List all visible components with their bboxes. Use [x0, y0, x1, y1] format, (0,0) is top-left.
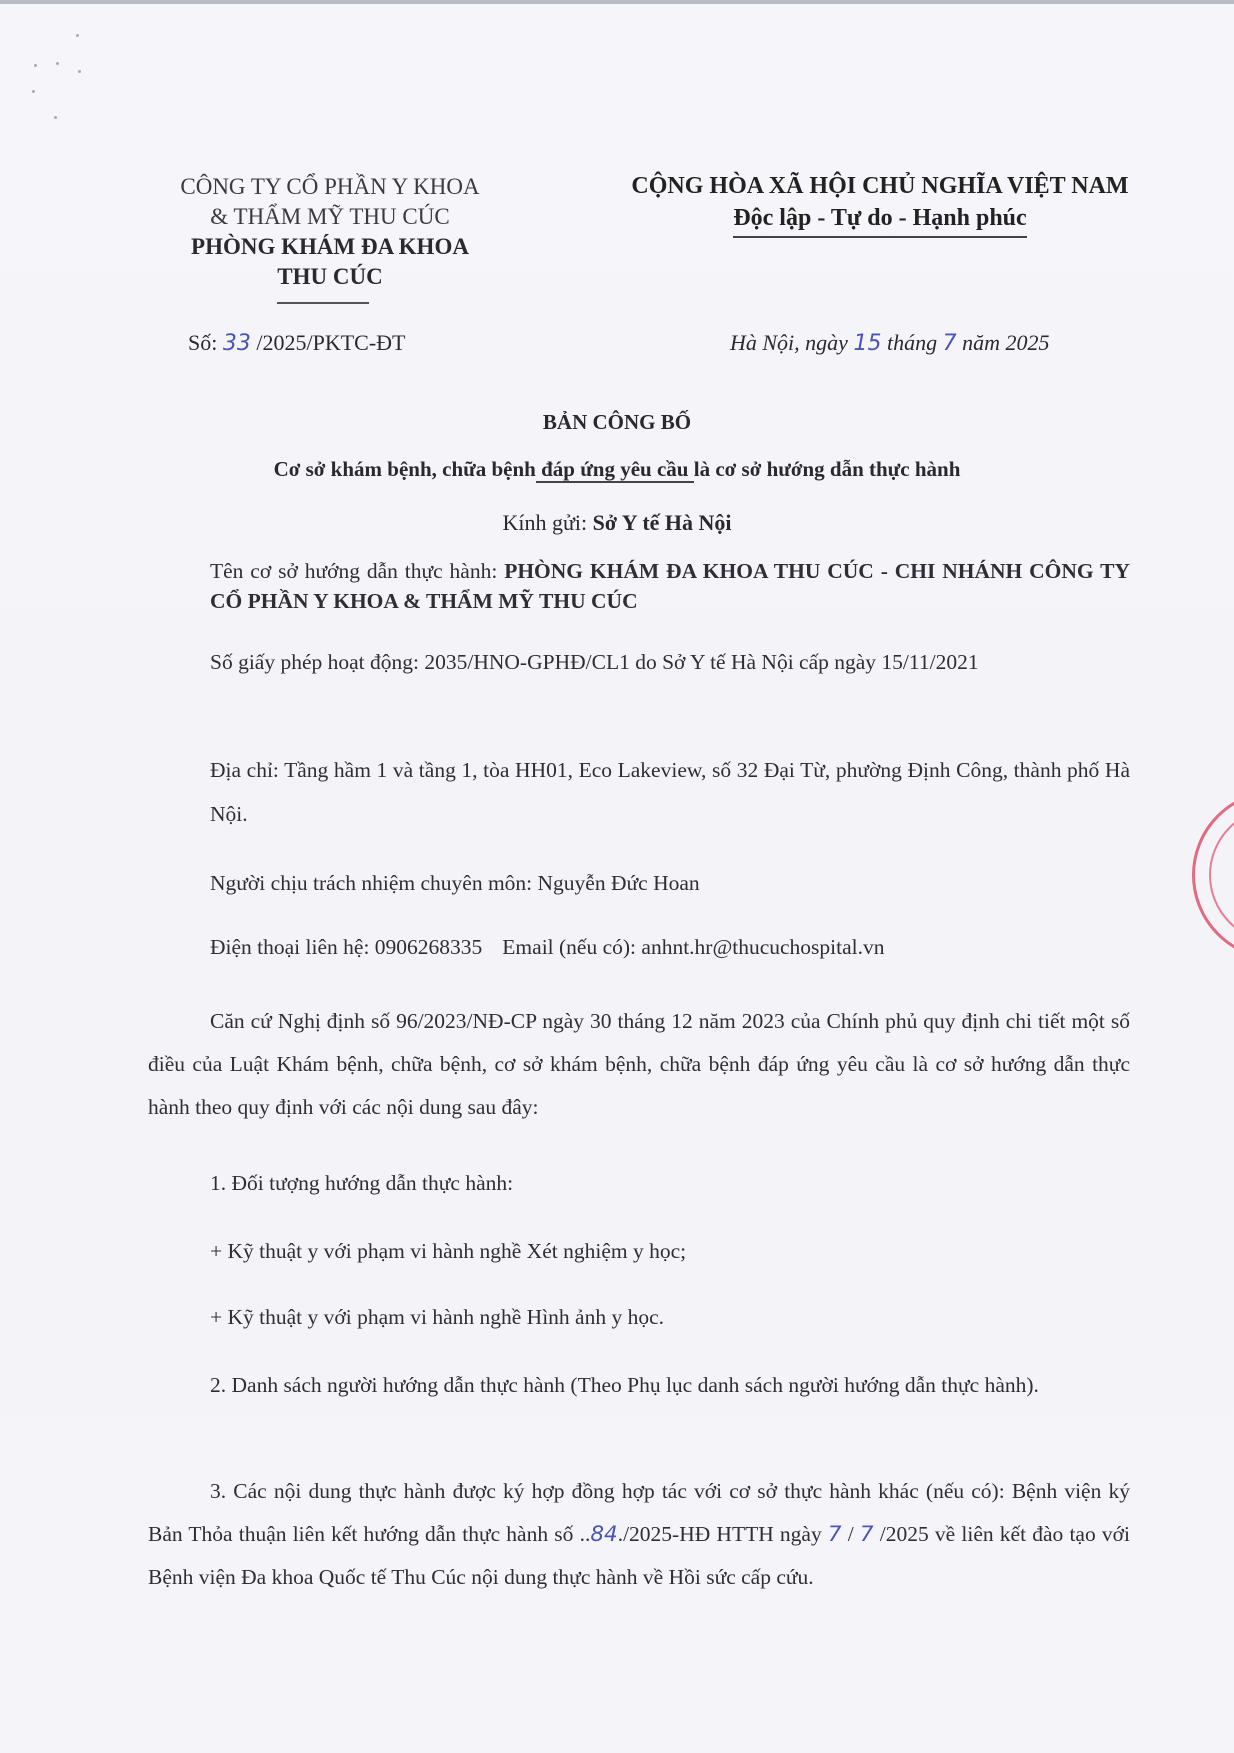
recipient-line: Kính gửi: Sở Y tế Hà Nội — [0, 510, 1234, 536]
document-date: Hà Nội, ngày 15 tháng 7 năm 2025 — [730, 330, 1049, 356]
document-page: CÔNG TY CỔ PHẦN Y KHOA & THẨM MỸ THU CÚC… — [0, 0, 1234, 1753]
recipient-name: Sở Y tế Hà Nội — [593, 510, 732, 535]
date-suffix: năm 2025 — [957, 330, 1050, 355]
item-3-date-sep: / — [842, 1522, 860, 1546]
item-2-paragraph: 2. Danh sách người hướng dẫn thực hành (… — [148, 1364, 1130, 1407]
scan-specks — [20, 20, 90, 120]
item-1-bullet-2: + Kỹ thuật y với phạm vi hành nghề Hình … — [210, 1302, 664, 1332]
org-line-1: CÔNG TY CỔ PHẦN Y KHOA — [120, 172, 540, 202]
date-day-handwritten: 15 — [853, 331, 881, 356]
document-number: Số: 33 /2025/PKTC-ĐT — [188, 330, 405, 356]
license-info: Số giấy phép hoạt động: 2035/HNO-GPHĐ/CL… — [210, 640, 1130, 684]
responsible-person: Người chịu trách nhiệm chuyên môn: Nguyễ… — [210, 868, 700, 898]
subtitle-part-1: Cơ sở khám bệnh, chữa bệnh — [274, 457, 536, 481]
agreement-number-handwritten: 84 — [590, 1522, 617, 1547]
agreement-month-handwritten: 7 — [860, 1522, 874, 1547]
nation-title: CỘNG HÒA XÃ HỘI CHỦ NGHĨA VIỆT NAM — [580, 170, 1180, 202]
item-3-paragraph: 3. Các nội dung thực hành được ký hợp đồ… — [148, 1470, 1130, 1599]
document-title: BẢN CÔNG BỐ — [0, 410, 1234, 435]
official-stamp — [1192, 790, 1234, 960]
document-subtitle: Cơ sở khám bệnh, chữa bệnh đáp ứng yêu c… — [0, 457, 1234, 482]
national-motto: Độc lập - Tự do - Hạnh phúc — [733, 202, 1026, 238]
contact-info: Điện thoại liên hệ: 0906268335Email (nếu… — [210, 932, 885, 962]
facility-name-label: Tên cơ sở hướng dẫn thực hành: — [210, 559, 504, 583]
item-1-heading: 1. Đối tượng hướng dẫn thực hành: — [210, 1168, 513, 1198]
recipient-label: Kính gửi: — [502, 510, 592, 535]
clinic-line-1: PHÒNG KHÁM ĐA KHOA — [120, 232, 540, 262]
facility-name: Tên cơ sở hướng dẫn thực hành: PHÒNG KHÁ… — [210, 556, 1130, 616]
doc-number-handwritten: 33 — [223, 331, 251, 356]
date-prefix: Hà Nội, ngày — [730, 330, 853, 355]
phone-number: Điện thoại liên hệ: 0906268335 — [210, 935, 482, 959]
clinic-line-2: THU CÚC — [120, 262, 540, 292]
item-1-bullet-1: + Kỹ thuật y với phạm vi hành nghề Xét n… — [210, 1236, 686, 1266]
header-divider — [277, 302, 369, 304]
date-month-handwritten: 7 — [943, 331, 957, 356]
organization-header: CÔNG TY CỔ PHẦN Y KHOA & THẨM MỸ THU CÚC… — [120, 172, 540, 292]
preamble-paragraph: Căn cứ Nghị định số 96/2023/NĐ-CP ngày 3… — [148, 1000, 1130, 1129]
scan-edge — [0, 0, 1234, 4]
email-address: Email (nếu có): anhnt.hr@thucuchospital.… — [502, 935, 884, 959]
date-mid: tháng — [881, 330, 942, 355]
doc-number-suffix: /2025/PKTC-ĐT — [251, 330, 406, 355]
subtitle-part-2: là cơ sở hướng dẫn thực hành — [694, 457, 961, 481]
org-line-2: & THẨM MỸ THU CÚC — [120, 202, 540, 232]
national-header: CỘNG HÒA XÃ HỘI CHỦ NGHĨA VIỆT NAM Độc l… — [580, 170, 1180, 238]
item-3-text-b: ./2025-HĐ HTTH ngày — [618, 1522, 828, 1546]
subtitle-underlined: đáp ứng yêu cầu — [536, 457, 694, 483]
agreement-day-handwritten: 7 — [828, 1522, 842, 1547]
address-info: Địa chỉ: Tầng hầm 1 và tầng 1, tòa HH01,… — [210, 748, 1130, 836]
doc-number-label: Số: — [188, 330, 223, 355]
